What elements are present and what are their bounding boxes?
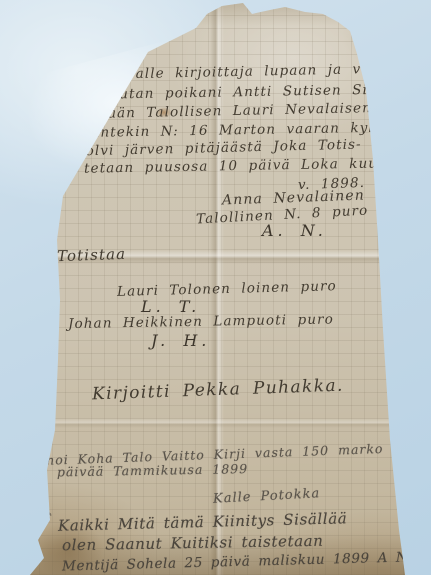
document-photo: Minä alle kirjoittaja lupaan ja val- luu… xyxy=(0,0,431,575)
witness-2-initials: J. H. xyxy=(151,331,210,350)
witness-heading: Totistaa xyxy=(57,245,127,265)
signature-initials: A. N. xyxy=(262,221,327,240)
margin-note: 75r xyxy=(23,500,43,520)
